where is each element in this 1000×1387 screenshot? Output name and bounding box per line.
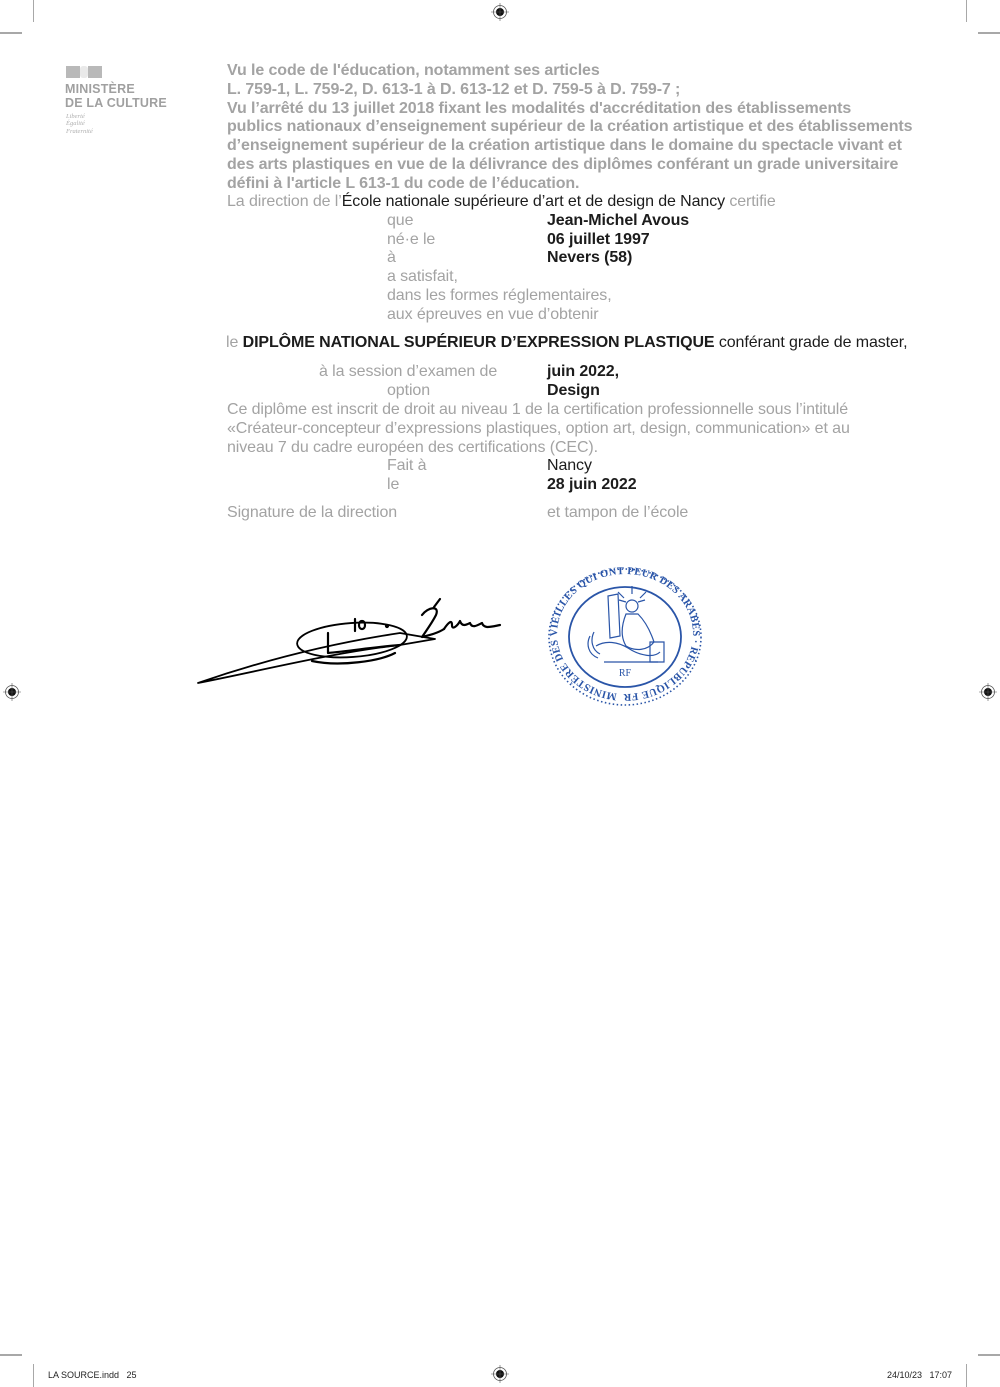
label-que: que xyxy=(387,212,413,231)
diploma-prefix: le xyxy=(226,334,243,351)
motto-egalite: Égalité xyxy=(66,120,93,127)
registration-line: Ce diplôme est inscrit de droit au nivea… xyxy=(227,401,850,420)
registration-line: niveau 7 du cadre européen des certifica… xyxy=(227,439,850,458)
republic-motto: Liberté Égalité Fraternité xyxy=(66,113,93,135)
certifying-statement: La direction de l’École nationale supéri… xyxy=(227,193,776,212)
diploma-title-line: le DIPLÔME NATIONAL SUPÉRIEUR D’EXPRESSI… xyxy=(226,334,908,353)
birth-date: 06 juillet 1997 xyxy=(547,231,650,250)
crop-mark xyxy=(0,32,22,34)
stamp-label: et tampon de l’école xyxy=(547,504,688,523)
registration-mark-icon xyxy=(979,683,997,701)
issue-date: 28 juin 2022 xyxy=(547,476,637,495)
preamble-line: des arts plastiques en vue de la délivra… xyxy=(227,156,912,175)
ministry-name: MINISTÈRE DE LA CULTURE xyxy=(65,83,167,110)
place-label: Fait à xyxy=(387,457,426,476)
ministry-line2: DE LA CULTURE xyxy=(65,97,167,111)
registration-mark-icon xyxy=(491,3,509,21)
continuation-line: dans les formes réglementaires, xyxy=(387,287,612,306)
preamble-line: d’enseignement supérieur de la création … xyxy=(227,137,912,156)
registration-paragraph: Ce diplôme est inscrit de droit au nivea… xyxy=(227,401,850,457)
preamble: Vu le code de l'éducation, notamment ses… xyxy=(227,62,912,194)
place-value: Nancy xyxy=(547,457,592,476)
diploma-name: DIPLÔME NATIONAL SUPÉRIEUR D’EXPRESSION … xyxy=(243,334,715,351)
print-slug-file: LA SOURCE.indd 25 xyxy=(48,1370,137,1380)
crop-mark xyxy=(978,1354,1000,1356)
crop-mark xyxy=(0,1354,22,1356)
crop-mark xyxy=(978,32,1000,34)
crop-mark xyxy=(966,1364,967,1387)
date-label: le xyxy=(387,476,399,495)
session-value: juin 2022, xyxy=(547,363,619,382)
registration-line: «Créateur-concepteur d’expressions plast… xyxy=(227,420,850,439)
crop-mark xyxy=(33,0,34,22)
preamble-line: Vu l’arrêté du 13 juillet 2018 fixant le… xyxy=(227,100,912,119)
session-label: à la session d’examen de xyxy=(319,363,497,382)
statement-suffix: certifie xyxy=(725,193,776,210)
crop-mark xyxy=(966,0,967,22)
crop-mark xyxy=(33,1364,34,1387)
preamble-line: défini à l'article L 613-1 du code de l’… xyxy=(227,175,912,194)
holder-name: Jean-Michel Avous xyxy=(547,212,689,231)
signature-label: Signature de la direction xyxy=(227,504,397,523)
handwritten-signature xyxy=(190,595,510,690)
diploma-suffix: conférant grade de master, xyxy=(715,334,908,351)
label-born: né·e le xyxy=(387,231,435,250)
option-value: Design xyxy=(547,382,600,401)
label-at: à xyxy=(387,249,396,268)
school-name: École nationale supérieure d’art et de d… xyxy=(342,193,725,210)
ministry-line1: MINISTÈRE xyxy=(65,83,167,97)
continuation-line: aux épreuves en vue d’obtenir xyxy=(387,306,612,325)
birth-place: Nevers (58) xyxy=(547,249,632,268)
registration-mark-icon xyxy=(3,683,21,701)
statement-prefix: La direction de l’ xyxy=(227,193,342,210)
preamble-line: L. 759-1, L. 759-2, D. 613-1 à D. 613-12… xyxy=(227,81,912,100)
option-label: option xyxy=(387,382,430,401)
school-stamp: MINISTÈRE DES VIEILLES QUI ONT PEUR DES … xyxy=(546,566,704,708)
print-slug-timestamp: 24/10/23 17:07 xyxy=(887,1370,952,1380)
preamble-line: publics nationaux d’enseignement supérie… xyxy=(227,118,912,137)
continuation-line: a satisfait, xyxy=(387,268,612,287)
preamble-line: Vu le code de l'éducation, notamment ses… xyxy=(227,62,912,81)
motto-fraternite: Fraternité xyxy=(66,128,93,135)
marianne-logo-icon xyxy=(66,66,102,78)
registration-mark-icon xyxy=(491,1365,509,1383)
continuation: a satisfait, dans les formes réglementai… xyxy=(387,268,612,324)
stamp-center-text: RF xyxy=(619,668,632,679)
